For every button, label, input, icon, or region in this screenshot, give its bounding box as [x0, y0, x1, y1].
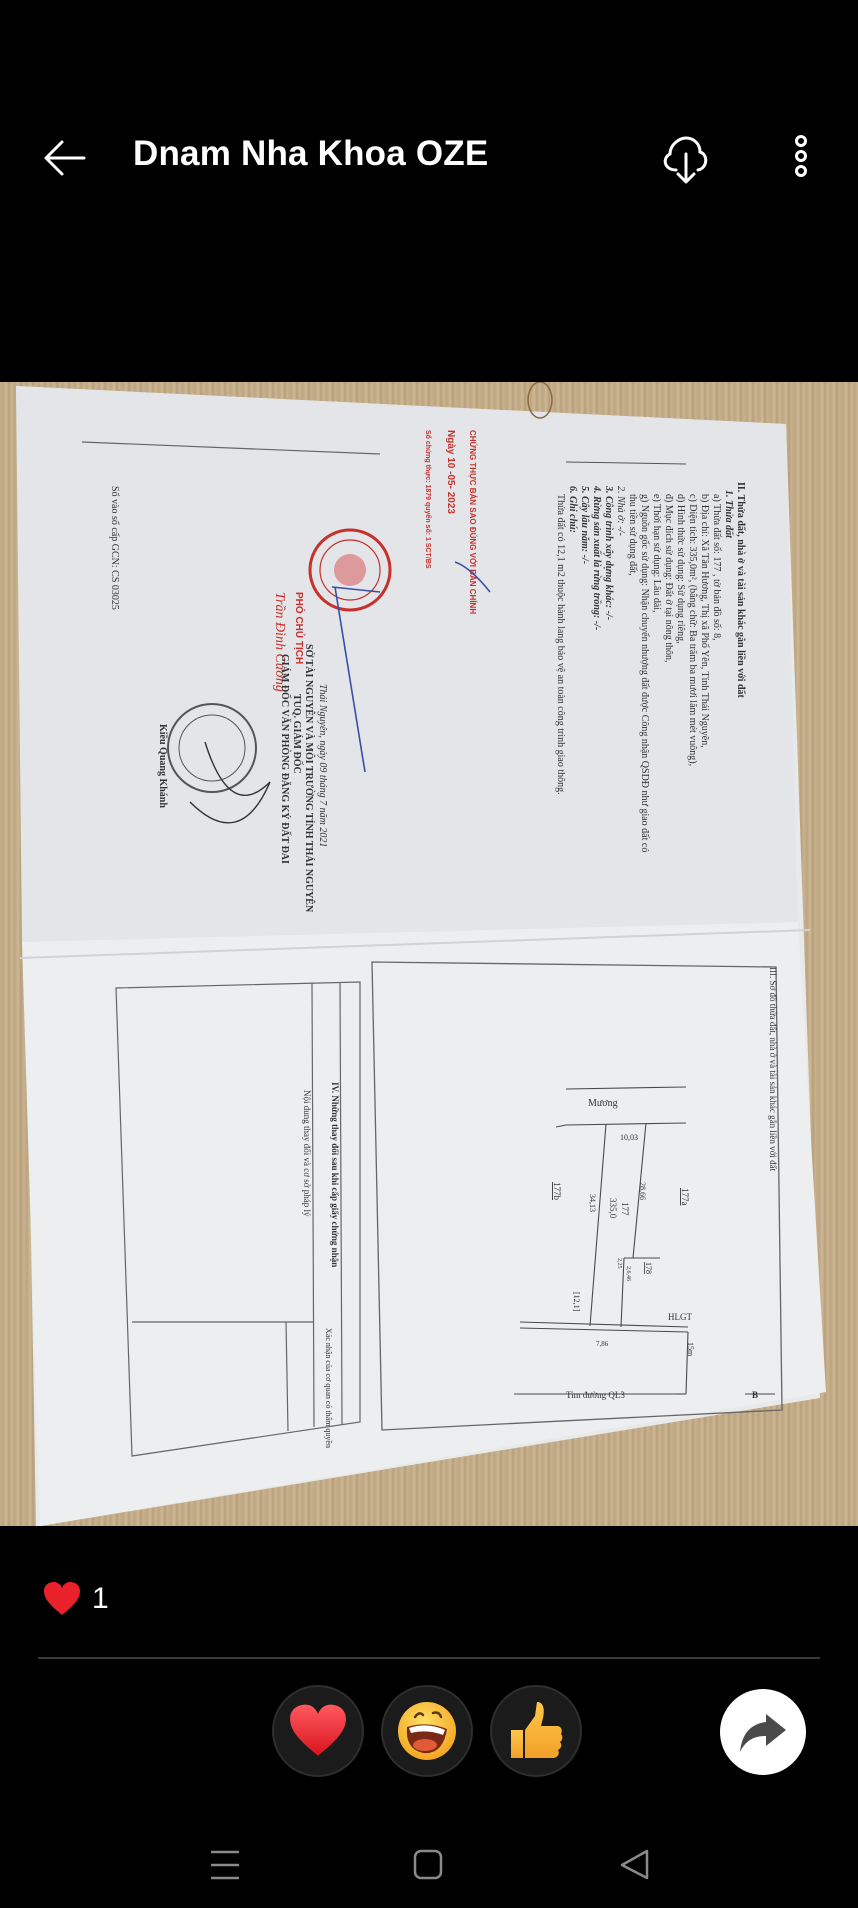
top-bar: Dnam Nha Khoa OZE: [0, 100, 858, 216]
label-setback: 15m: [686, 1342, 695, 1357]
reaction-count: 1: [92, 1582, 109, 1616]
label-178: 178: [644, 1262, 653, 1274]
home-button[interactable]: [408, 1844, 448, 1884]
back-button[interactable]: [40, 133, 90, 183]
system-navigation-bar: [0, 1820, 858, 1908]
more-vertical-icon: [786, 134, 816, 184]
system-back-button[interactable]: [614, 1844, 654, 1884]
reaction-summary[interactable]: 1: [42, 1578, 109, 1620]
haha-reaction-button[interactable]: [381, 1685, 473, 1777]
label-corridor-area: [12,1]: [572, 1292, 581, 1312]
divider: [38, 1657, 820, 1659]
home-icon: [408, 1844, 448, 1884]
label-top-edge: 10,03: [620, 1133, 638, 1142]
label-north: B: [752, 1390, 758, 1400]
label-canal: Mương: [588, 1098, 618, 1109]
page-title: Dnam Nha Khoa OZE: [133, 134, 488, 174]
parcel-diagram: Mương 10,03 28,66 177a 177 335,0 34,13 1…: [0, 382, 858, 1526]
label-road: Tim đường QL3: [566, 1390, 625, 1400]
cloud-download-icon: [656, 130, 716, 190]
love-reaction-button[interactable]: [272, 1685, 364, 1777]
label-small-a: 2,25: [616, 1258, 622, 1269]
share-arrow-icon: [738, 1710, 788, 1754]
label-area: 335,0: [608, 1198, 618, 1219]
post-photo[interactable]: II. Thửa đất, nhà ở và tài sản khác gắn …: [0, 382, 858, 1526]
label-177b: 177b: [552, 1182, 562, 1201]
more-options-button[interactable]: [786, 134, 816, 184]
label-bottom-edge: 7,86: [596, 1340, 609, 1348]
share-button[interactable]: [720, 1689, 806, 1775]
label-small-b: 2,6,46: [625, 1266, 631, 1281]
thumbs-up-icon: [507, 1700, 565, 1762]
like-reaction-button[interactable]: [490, 1685, 582, 1777]
section4-col1: Nội dung thay đổi và cơ sở pháp lý: [302, 1090, 312, 1217]
label-177a: 177a: [680, 1188, 690, 1206]
label-parcel: 177: [620, 1202, 630, 1216]
section4-heading: IV. Những thay đổi sau khi cấp giấy chứn…: [330, 1082, 340, 1267]
recent-apps-icon: [205, 1844, 245, 1884]
heart-icon: [42, 1581, 82, 1617]
laughing-face-icon: [395, 1699, 459, 1763]
download-button[interactable]: [656, 130, 716, 190]
recent-apps-button[interactable]: [205, 1844, 245, 1884]
heart-icon: [287, 1703, 349, 1759]
section4-col2: Xác nhận của cơ quan có thẩm quyền: [324, 1328, 333, 1448]
label-left-edge: 34,13: [588, 1194, 597, 1212]
label-hlgt: HLGT: [668, 1312, 692, 1322]
back-triangle-icon: [614, 1844, 654, 1884]
arrow-left-icon: [40, 133, 90, 183]
label-right-edge: 28,66: [638, 1182, 647, 1200]
